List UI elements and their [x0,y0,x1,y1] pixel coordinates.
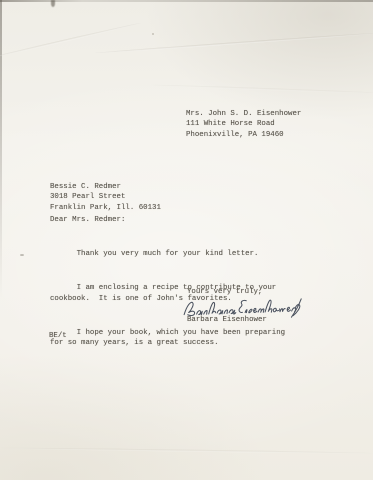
paper-crease [0,447,373,454]
body-paragraph: Thank you very much for your kind letter… [50,249,285,259]
sender-address: Mrs. John S. D. Eisenhower 111 White Hor… [186,109,301,140]
inside-address: Bessie C. Redmer 3018 Pearl Street Frank… [50,182,161,213]
paper-edge-notch [51,0,55,7]
typed-signature-name: Barbara Eisenhower [187,315,267,325]
ink-speck [152,33,154,35]
paper-crease [150,84,373,94]
typist-initials: BE/t [49,331,67,341]
body-paragraph: I hope your book, which you have been pr… [50,328,285,349]
paper-crease [95,32,373,54]
paper-crease [0,22,141,60]
salutation: Dear Mrs. Redmer: [50,215,125,225]
letter-scan-paper: Mrs. John S. D. Eisenhower 111 White Hor… [0,0,373,480]
ink-speck [20,254,24,256]
paper-edge-left [0,0,2,298]
paper-edge-top [0,0,373,2]
